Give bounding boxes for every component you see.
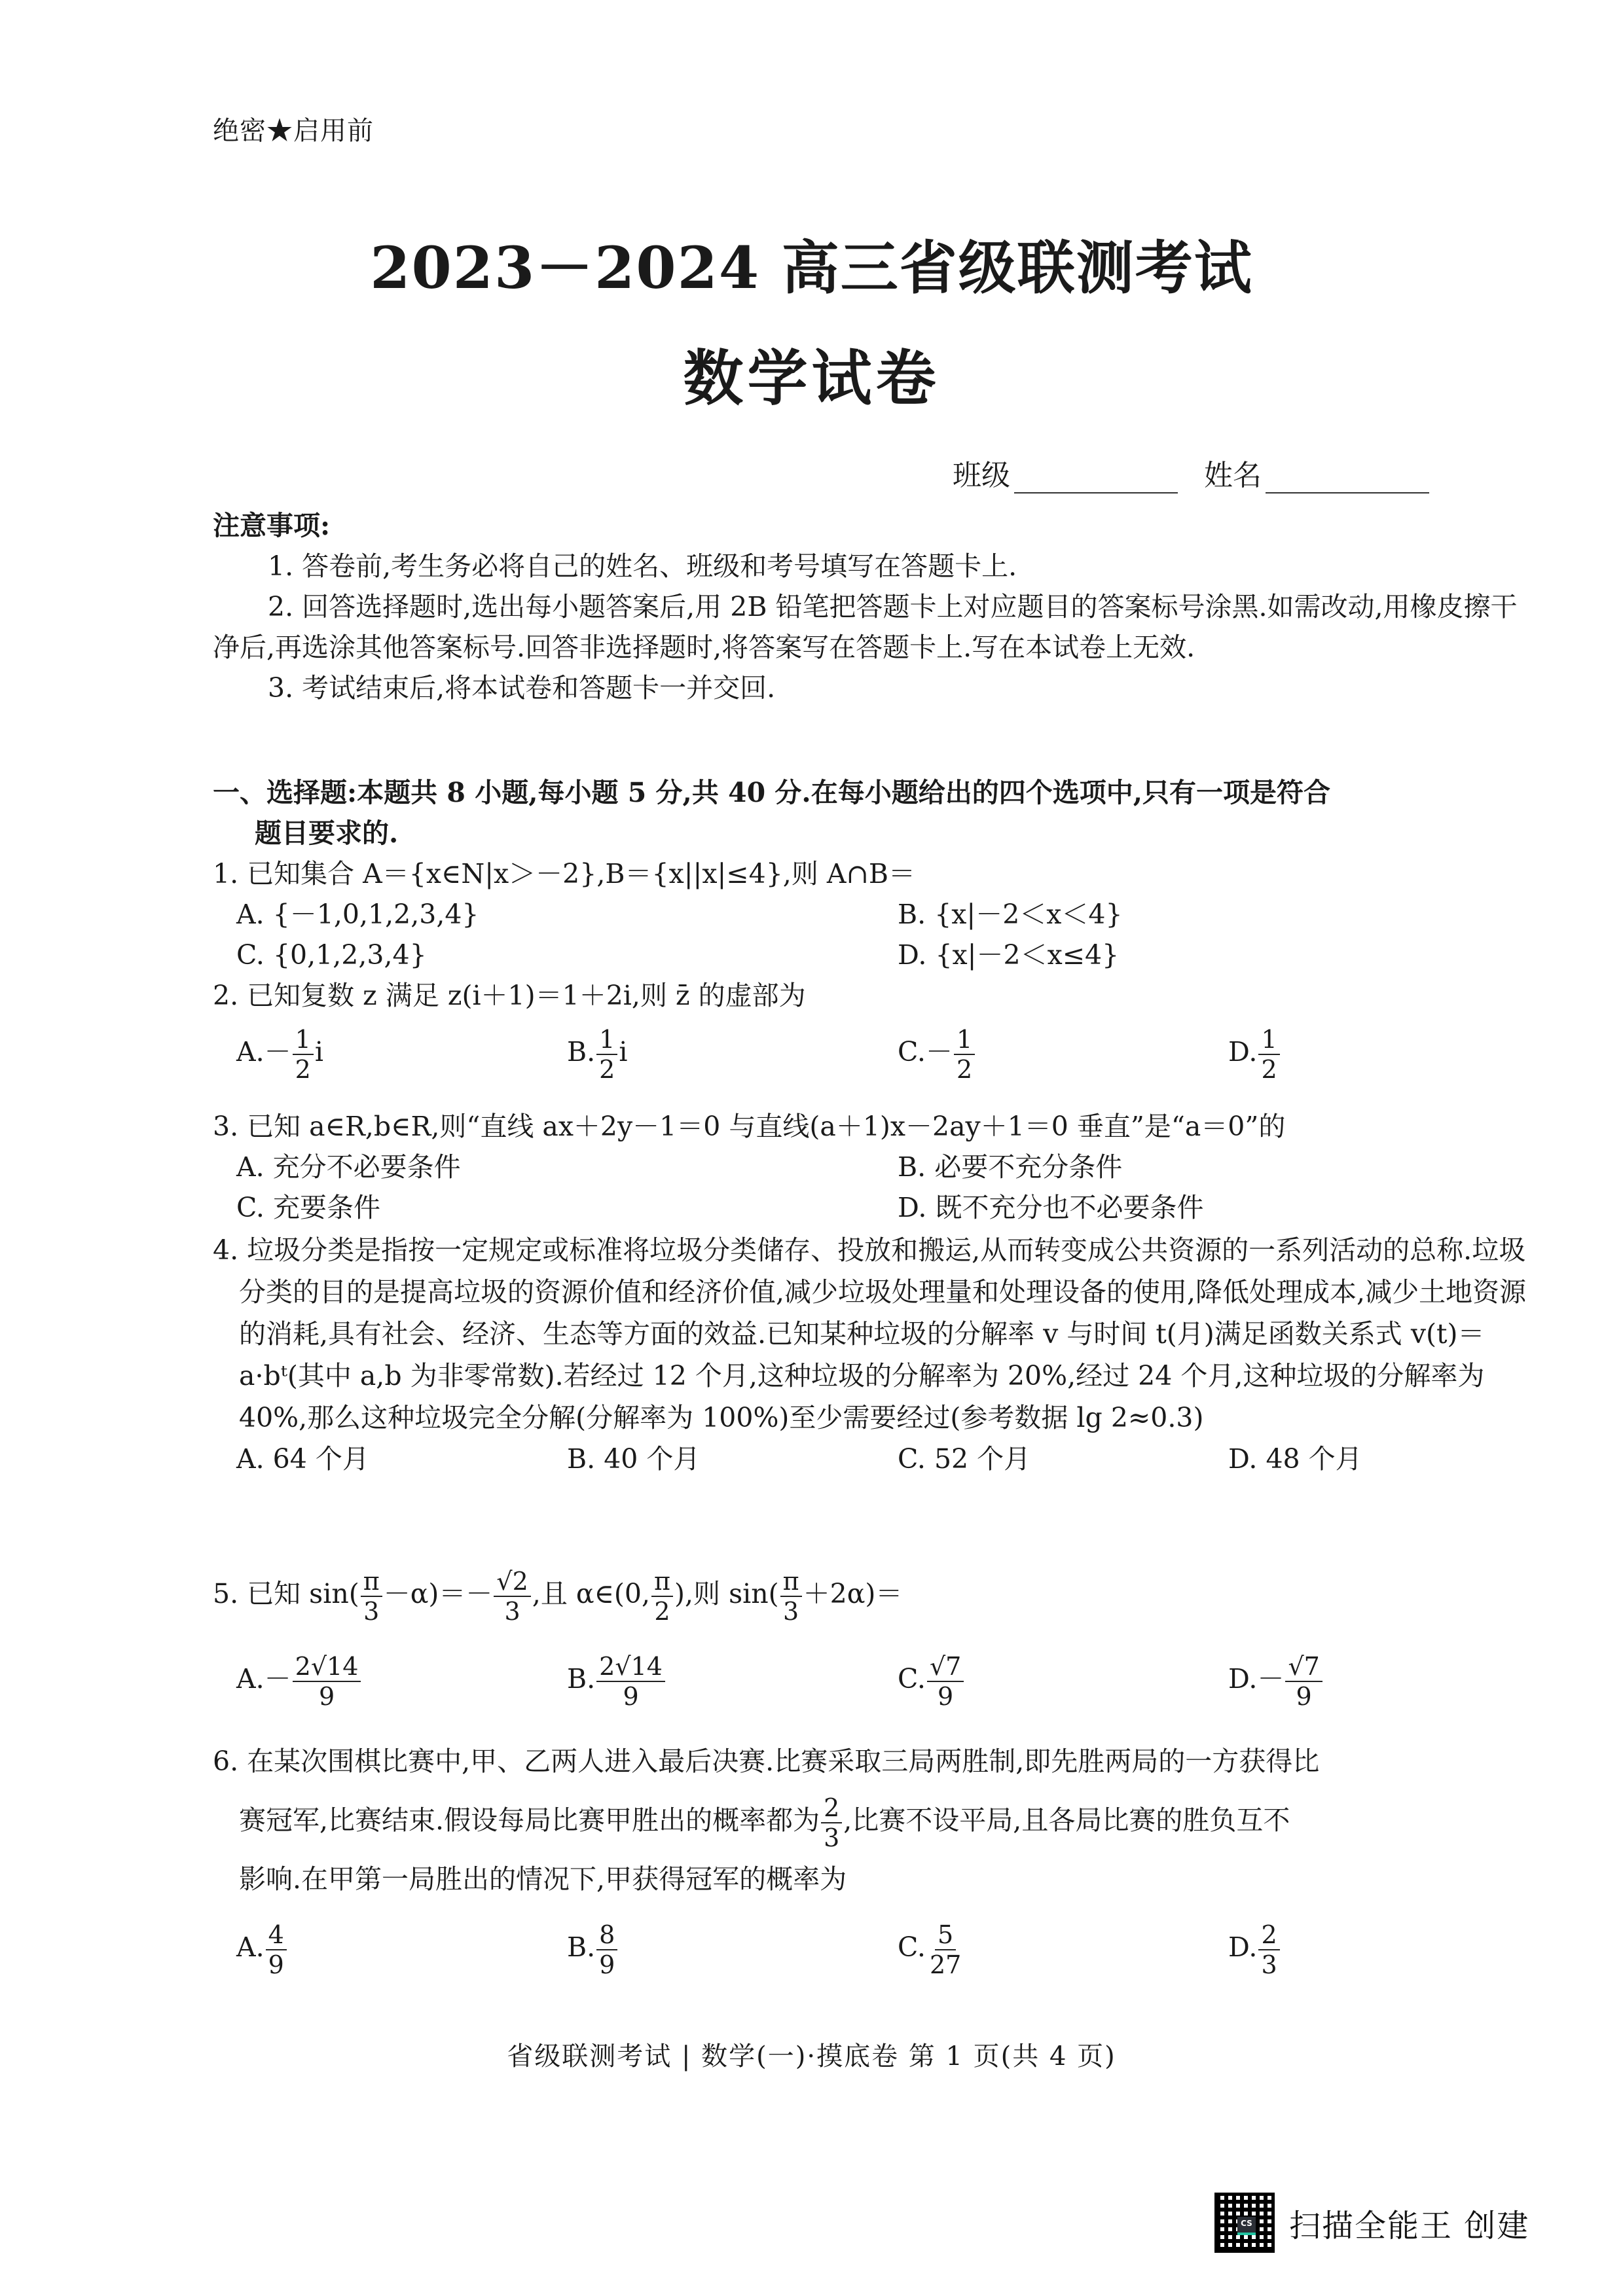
notice-item: 1. 答卷前,考生务必将自己的姓名、班级和考号填写在答题卡上.	[213, 546, 1522, 586]
options: A.－12i B.12i C.－12 D.12	[236, 1016, 1529, 1088]
fraction: 23	[1258, 1920, 1279, 1979]
question-5: 5. 已知 sin(π3－α)＝－√23,且 α∈(0,π2),则 sin(π3…	[213, 1558, 1529, 1715]
class-label: 班级	[953, 452, 1010, 493]
name-blank[interactable]	[1266, 463, 1429, 493]
fraction: 12	[596, 1025, 617, 1084]
notice-item: 2. 回答选择题时,选出每小题答案后,用 2B 铅笔把答题卡上对应题目的答案标号…	[213, 586, 1522, 668]
option-d[interactable]: D. 48 个月	[1228, 1439, 1559, 1479]
watermark-text: 扫描全能王 创建	[1289, 2200, 1529, 2246]
fraction: 89	[596, 1920, 617, 1979]
option-a[interactable]: A. 64 个月	[236, 1439, 567, 1479]
camscanner-logo-icon: CS	[1237, 2217, 1256, 2235]
options: A. 充分不必要条件 B. 必要不充分条件 C. 充要条件 D. 既不充分也不必…	[236, 1147, 1529, 1228]
option-c[interactable]: C.√79	[898, 1643, 1228, 1715]
option-d[interactable]: D. {x|－2＜x≤4}	[898, 935, 1559, 975]
section-line: 题目要求的.	[213, 813, 1522, 853]
option-b[interactable]: B. {x|－2＜x＜4}	[898, 894, 1559, 935]
option-b[interactable]: B. 必要不充分条件	[898, 1147, 1559, 1187]
class-blank[interactable]	[1014, 463, 1178, 493]
fraction: 12	[293, 1025, 314, 1084]
option-c[interactable]: C.－12	[898, 1016, 1228, 1088]
exam-title: 2023－2024 高三省级联测考试	[0, 223, 1623, 305]
exam-subtitle: 数学试卷	[0, 331, 1623, 417]
fraction: 12	[1258, 1025, 1279, 1084]
fraction: 23	[821, 1793, 842, 1852]
question-stem: 3. 已知 a∈R,b∈R,则“直线 ax＋2y－1＝0 与直线(a＋1)x－2…	[213, 1106, 1529, 1147]
option-c[interactable]: C.527	[898, 1911, 1228, 1983]
options: A.－2√149 B.2√149 C.√79 D.－√79	[236, 1643, 1529, 1715]
fraction: √79	[927, 1652, 964, 1711]
question-4: 4. 垃圾分类是指按一定规定或标准将垃圾分类储存、投放和搬运,从而转变成公共资源…	[213, 1229, 1529, 1479]
question-stem: 1. 已知集合 A＝{x∈N|x＞－2},B＝{x||x|≤4},则 A∩B＝	[213, 853, 1529, 894]
fraction: 12	[954, 1025, 975, 1084]
option-b[interactable]: B. 40 个月	[567, 1439, 898, 1479]
scanner-watermark: CS 扫描全能王 创建	[1214, 2193, 1529, 2253]
question-3: 3. 已知 a∈R,b∈R,则“直线 ax＋2y－1＝0 与直线(a＋1)x－2…	[213, 1106, 1529, 1228]
fraction: 2√149	[293, 1652, 361, 1711]
question-2: 2. 已知复数 z 满足 z(i＋1)＝1＋2i,则 z̄ 的虚部为 A.－12…	[213, 975, 1529, 1088]
fraction: π3	[780, 1567, 802, 1626]
options: A.49 B.89 C.527 D.23	[236, 1911, 1529, 1983]
confidential-label: 绝密★启用前	[213, 110, 374, 147]
option-d[interactable]: D.23	[1228, 1911, 1559, 1983]
question-stem: 5. 已知 sin(π3－α)＝－√23,且 α∈(0,π2),则 sin(π3…	[213, 1558, 1529, 1630]
class-field[interactable]: 班级	[953, 452, 1178, 493]
option-d[interactable]: D.－√79	[1228, 1643, 1559, 1715]
page-footer: 省级联测考试 | 数学(一)·摸底卷 第 1 页(共 4 页)	[0, 2036, 1623, 2073]
question-stem-line: 6. 在某次围棋比赛中,甲、乙两人进入最后决赛.比赛采取三局两胜制,即先胜两局的…	[213, 1738, 1529, 1784]
question-stem: 2. 已知复数 z 满足 z(i＋1)＝1＋2i,则 z̄ 的虚部为	[213, 975, 1529, 1016]
fraction: 2√149	[596, 1652, 665, 1711]
question-stem-line: 影响.在甲第一局胜出的情况下,甲获得冠军的概率为	[213, 1856, 1529, 1902]
option-b[interactable]: B.89	[567, 1911, 898, 1983]
fraction: 49	[266, 1920, 287, 1979]
option-d[interactable]: D. 既不充分也不必要条件	[898, 1187, 1559, 1228]
question-6: 6. 在某次围棋比赛中,甲、乙两人进入最后决赛.比赛采取三局两胜制,即先胜两局的…	[213, 1738, 1529, 1983]
option-a[interactable]: A.－12i	[236, 1016, 567, 1088]
option-c[interactable]: C. 52 个月	[898, 1439, 1228, 1479]
question-stem: 4. 垃圾分类是指按一定规定或标准将垃圾分类储存、投放和搬运,从而转变成公共资源…	[213, 1229, 1529, 1439]
option-d[interactable]: D.12	[1228, 1016, 1559, 1088]
section-line: 一、选择题:本题共 8 小题,每小题 5 分,共 40 分.在每小题给出的四个选…	[213, 772, 1522, 813]
option-a[interactable]: A. 充分不必要条件	[236, 1147, 898, 1187]
options: A. 64 个月 B. 40 个月 C. 52 个月 D. 48 个月	[236, 1439, 1529, 1479]
question-1: 1. 已知集合 A＝{x∈N|x＞－2},B＝{x||x|≤4},则 A∩B＝ …	[213, 853, 1529, 975]
fraction: √23	[494, 1567, 530, 1626]
options: A. {－1,0,1,2,3,4} B. {x|－2＜x＜4} C. {0,1,…	[236, 894, 1529, 975]
option-c[interactable]: C. {0,1,2,3,4}	[236, 935, 898, 975]
notice-item: 3. 考试结束后,将本试卷和答题卡一并交回.	[213, 668, 1522, 708]
fraction: π2	[651, 1567, 673, 1626]
notice-section: 注意事项: 1. 答卷前,考生务必将自己的姓名、班级和考号填写在答题卡上. 2.…	[213, 505, 1522, 708]
option-a[interactable]: A.49	[236, 1911, 567, 1983]
notice-heading: 注意事项:	[213, 505, 1522, 546]
qr-code-icon: CS	[1214, 2193, 1275, 2253]
option-b[interactable]: B.2√149	[567, 1643, 898, 1715]
fraction: √79	[1285, 1652, 1322, 1711]
name-label: 姓名	[1204, 452, 1262, 493]
question-stem-line: 赛冠军,比赛结束.假设每局比赛甲胜出的概率都为23,比赛不设平局,且各局比赛的胜…	[213, 1784, 1529, 1856]
fraction: π3	[361, 1567, 382, 1626]
option-a[interactable]: A.－2√149	[236, 1643, 567, 1715]
fraction: 527	[927, 1920, 964, 1979]
section-heading-choice: 一、选择题:本题共 8 小题,每小题 5 分,共 40 分.在每小题给出的四个选…	[213, 772, 1522, 853]
option-c[interactable]: C. 充要条件	[236, 1187, 898, 1228]
student-info-row: 班级 姓名	[953, 452, 1429, 493]
name-field[interactable]: 姓名	[1204, 452, 1429, 493]
option-a[interactable]: A. {－1,0,1,2,3,4}	[236, 894, 898, 935]
option-b[interactable]: B.12i	[567, 1016, 898, 1088]
